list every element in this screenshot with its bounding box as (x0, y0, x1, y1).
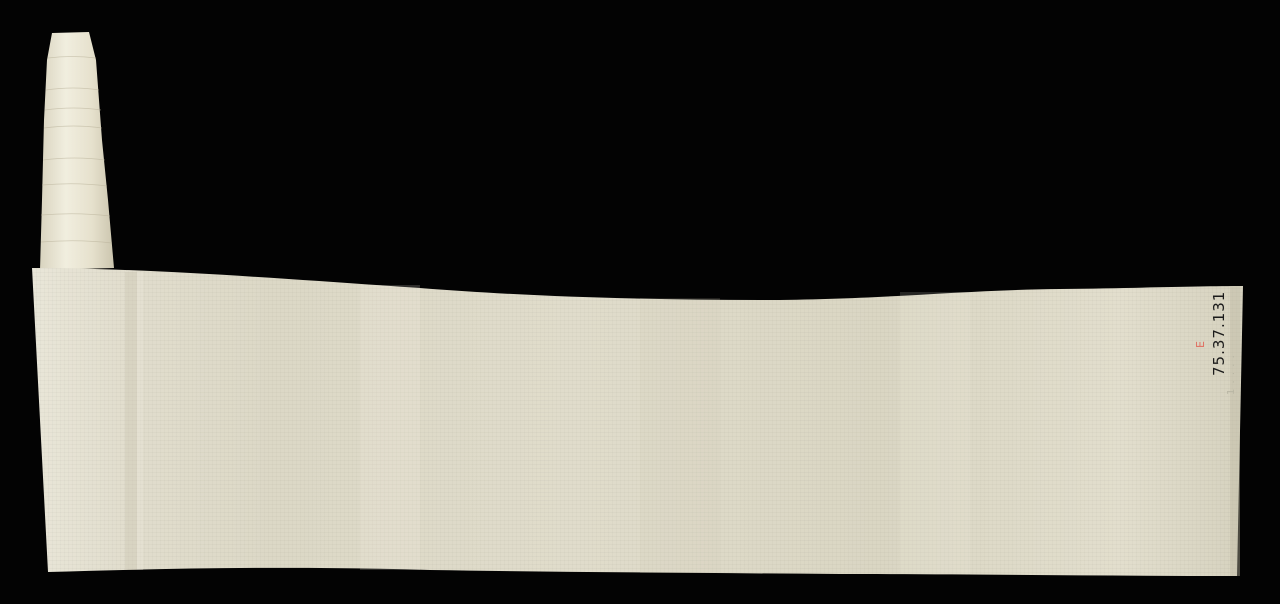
red-mark: E (1194, 341, 1207, 348)
textile-photo (0, 0, 1280, 604)
faint-pencil-note: 1 . . . . (1226, 354, 1237, 395)
rolled-fabric (40, 32, 114, 270)
unrolled-fabric (32, 268, 1243, 576)
photo-scene: E 75.37.131 1 . . . . (0, 0, 1280, 604)
